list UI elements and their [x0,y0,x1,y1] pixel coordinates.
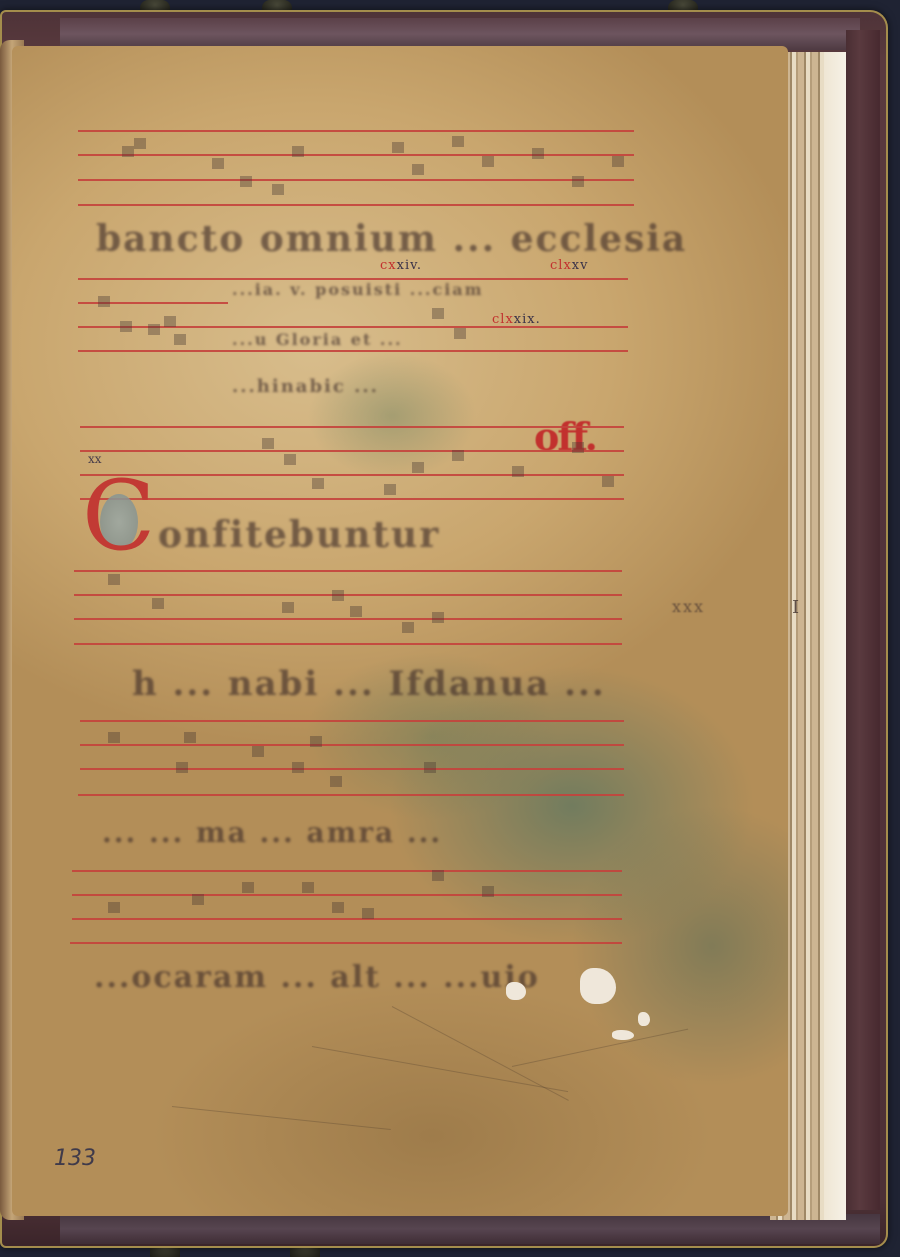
rubric-red: clx [492,312,514,327]
neume [392,142,404,153]
manuscript-photo: bancto omnium ... ecclesia cxxiv. clxxv … [0,0,900,1257]
lyric-line-6: ... ... ma ... amra ... [102,816,442,849]
neume [310,736,322,747]
neume [432,870,444,881]
staff-line [80,450,624,452]
neume [512,466,524,477]
neume [452,136,464,147]
initial-letter: C [82,468,155,564]
neume [122,146,134,157]
neume [176,762,188,773]
neume [262,438,274,449]
neume [282,602,294,613]
rubric-black: xv [572,258,589,273]
neume [98,296,110,307]
staff-line [80,474,624,476]
staff-line [78,154,634,156]
neume [332,590,344,601]
rubric-red: cx [380,258,397,273]
neume [148,324,160,335]
vellum-crack [392,1006,569,1101]
folio-number: 133 [54,1146,96,1171]
staff-line [74,618,622,620]
marginal-numeral: xxx [672,597,705,616]
binding-right-edge [846,30,880,1210]
neume [252,746,264,757]
lyric-line-1: bancto omnium ... ecclesia [96,218,687,260]
neume [242,882,254,893]
page-tear [612,1030,634,1040]
neume [152,598,164,609]
rubric-clxxix: clxxix. [492,312,541,327]
neume [424,762,436,773]
staff-line [80,720,624,722]
neume [108,902,120,913]
neume [602,476,614,487]
neume [454,328,466,339]
vellum-crack [312,1046,568,1092]
vellum-crack [172,1106,391,1130]
neume [164,316,176,327]
vellum-page: bancto omnium ... ecclesia cxxiv. clxxv … [12,46,788,1216]
rubric-red: clx [550,258,572,273]
vellum-crack [512,1029,688,1067]
page-tear [638,1012,650,1026]
staff-line [78,204,634,206]
lyric-line-2: ...ia. v. posuisti ...ciam [232,280,484,299]
neume [532,148,544,159]
neume [482,886,494,897]
staff-line [80,744,624,746]
neume [412,462,424,473]
staff-line [80,498,624,500]
lyric-line-3: ...u Gloria et ... [232,330,403,349]
neume [240,176,252,187]
neume [212,158,224,169]
neume [192,894,204,905]
neume [572,442,584,453]
staff-line [78,326,628,328]
page-tear [580,968,616,1004]
neume [452,450,464,461]
neume [134,138,146,149]
marginal-i: I [792,597,799,618]
neume [330,776,342,787]
neume [612,156,624,167]
neume [292,762,304,773]
staff-line [78,179,634,181]
neume [384,484,396,495]
neume [482,156,494,167]
staff-line [80,768,624,770]
staff-line [72,894,622,896]
neume [108,574,120,585]
staff-line [72,918,622,920]
neume [432,612,444,623]
neume [120,321,132,332]
neume [284,454,296,465]
staff-line [78,350,628,352]
lyric-line-4: ...hinabic ... [232,376,379,397]
neume [302,882,314,893]
rubric-clxxv: clxxv [550,258,588,273]
staff-line [78,794,624,796]
illuminated-initial: C [82,480,160,562]
staff-line [74,594,622,596]
rubric-cxxiv: cxxiv. [380,258,422,273]
neume [108,732,120,743]
neume [572,176,584,187]
staff-line [74,643,622,645]
neume [174,334,186,345]
staff-line [74,570,622,572]
neume [312,478,324,489]
binding-bottom-edge [60,1214,880,1244]
neume [412,164,424,175]
page-stack-tip [824,52,846,1220]
neume [272,184,284,195]
staff-line [80,426,624,428]
neume [332,902,344,913]
page-tear [506,982,526,1000]
staff-line [78,130,634,132]
staff-line [72,870,622,872]
rubric-black: xix. [514,312,541,327]
neume [362,908,374,919]
lyric-line-7: ...ocaram ... alt ... ...uio [94,960,540,995]
offertory-rubric: off. [534,414,596,459]
rubric-black: xiv. [397,258,422,273]
neume [184,732,196,743]
neume [402,622,414,633]
lyric-line-5: h ... nabi ... Ifdanua ... [132,664,606,704]
lyric-line-initial: onfitebuntur [158,514,440,556]
neume [350,606,362,617]
staff-line [70,942,622,944]
neume [292,146,304,157]
neume [432,308,444,319]
